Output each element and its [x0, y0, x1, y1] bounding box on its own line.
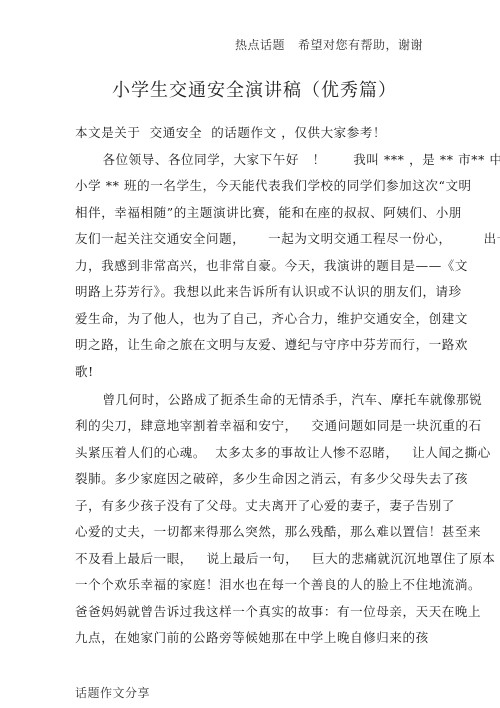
body-line: 心爱的丈夫，一切都来得那么突然，那么残酷，那么难以置信！甚至来: [75, 522, 481, 540]
body-line: 各位领导、各位同学，大家下午好 ！ 我叫 *** ，是 ** 市** 中心: [75, 150, 500, 168]
body-line: 头紧压着人们的心魂。 太多太多的事故让人惨不忍睹， 让人闻之撕心: [75, 443, 491, 461]
body-line: 爱生命，为了他人，也为了自己，齐心合力，维护交通安全，创建文: [75, 309, 468, 327]
body-line: 明路上芬芳行》。我想以此来告诉所有认识或不认识的朋友们，请珍: [75, 282, 462, 300]
body-line: 友们一起关注交通安全问题， 一起为文明交通工程尽一份心， 出一份: [75, 229, 500, 247]
body-line: 曾几何时，公路成了扼杀生命的无情杀手，汽车、摩托车就像那锐: [75, 390, 482, 408]
document-title: 小学生交通安全演讲稿（优秀篇）: [112, 76, 397, 102]
body-line: 爸爸妈妈就曾告诉过我这样一个真实的故事：有一位母亲，天天在晚上: [75, 602, 481, 620]
body-line: 不及看上最后一眼， 说上最后一句， 巨大的悲痛就沉沉地罩住了原本: [75, 549, 495, 567]
body-line: 利的尖刀，肆意地宰割着幸福和安宁， 交通问题如同是一块沉重的石: [75, 416, 482, 434]
body-line: 九点，在她家门前的公路旁等候她那在中学上晚自修归来的孩: [75, 628, 429, 646]
body-line: 子，有多少孩子没有了父母。丈夫离开了心爱的妻子，妻子告别了: [75, 496, 455, 514]
body-line: 本文是关于 交通安全 的话题作文 ，仅供大家参考！: [75, 123, 386, 141]
body-line: 小学 ** 班的一名学生，今天能代表我们学校的同学们参加这次“文明: [75, 176, 472, 194]
body-line: 相伴，幸福相随”的主题演讲比赛，能和在座的叔叔、阿姨们、小朋: [75, 203, 462, 221]
body-line: 歌!: [75, 362, 94, 380]
header-note: 热点话题 希望对您有帮助，谢谢: [235, 36, 423, 53]
body-line: 明之路，让生命之旅在文明与友爱、遵纪与守序中芬芳而行，一路欢: [75, 335, 468, 353]
body-line: 力，我感到非常高兴，也非常自豪。今天，我演讲的题目是——《文: [75, 256, 468, 274]
body-line: 裂肺。多少家庭因之破碎，多少生命因之消云，有多少父母失去了孩: [75, 469, 468, 487]
body-line: 一个个欢乐幸福的家庭！泪水也在每一个善良的人的脸上不住地流淌。: [75, 575, 481, 593]
footer-note: 话题作文分享: [75, 684, 150, 701]
